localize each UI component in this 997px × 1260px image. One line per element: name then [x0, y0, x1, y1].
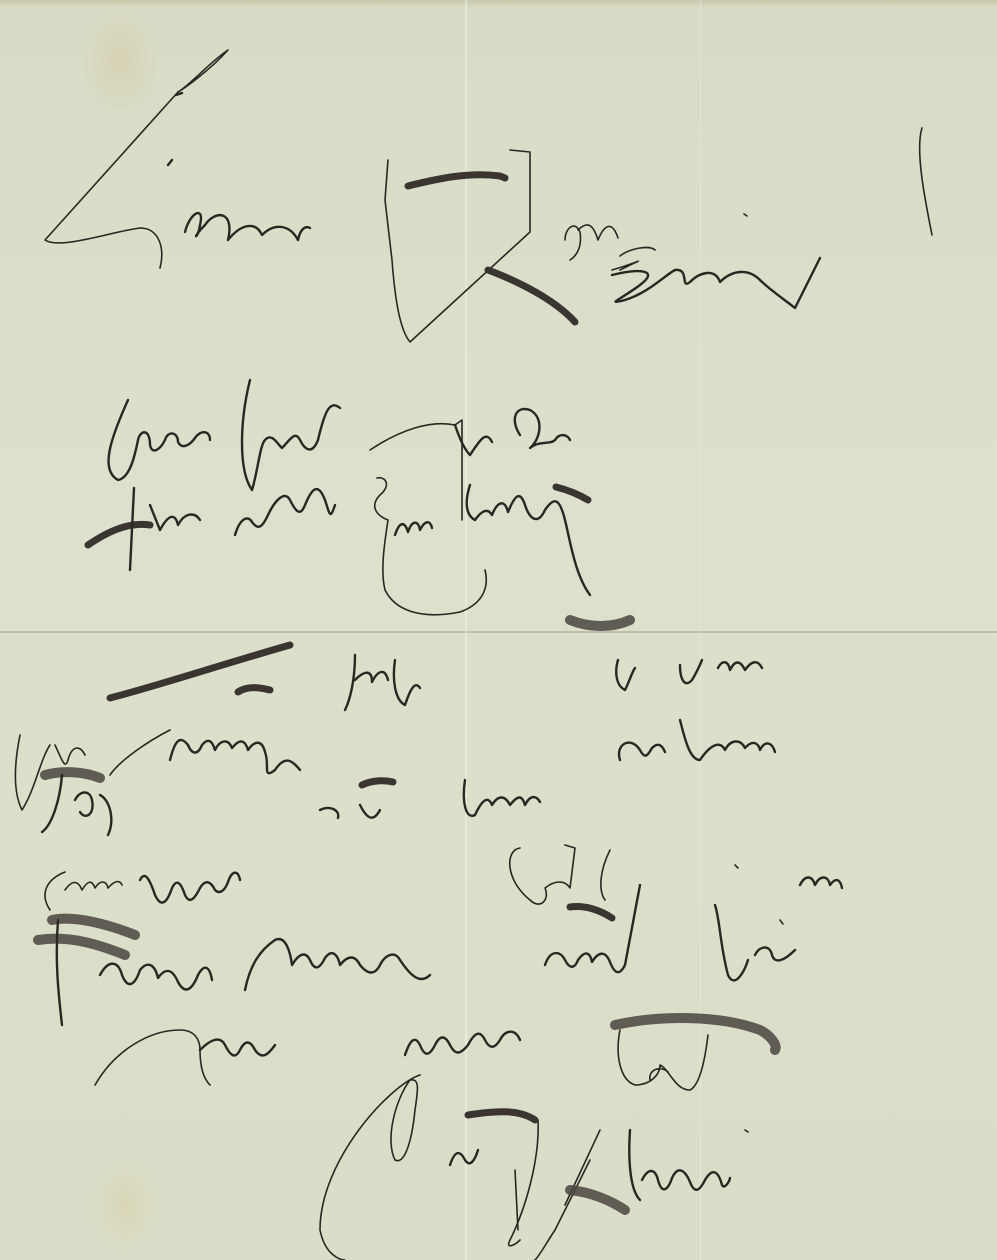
signature: Gustav Klimt [380, 1150, 564, 1183]
letter-line: Leider ist es mir [340, 655, 573, 688]
letter-line: verbindlichste Grüße an die [50, 865, 446, 898]
letter-line: Frau Mama und Sie [40, 945, 322, 978]
letter-line: ganz unmöglich derselben [20, 735, 395, 768]
letter-line: Folge zu leisten [40, 785, 264, 818]
letter-line: Danke herzlichst für die [100, 400, 443, 433]
handwriting-strokes [0, 0, 997, 1260]
letter-line: freundliche Einladung [90, 500, 406, 533]
letter-page: Lieber Herr König! Danke herzlichst für … [0, 0, 997, 1260]
salutation: Lieber Herr König! [45, 190, 316, 223]
closing: Ihr ergebenster [200, 1030, 424, 1063]
